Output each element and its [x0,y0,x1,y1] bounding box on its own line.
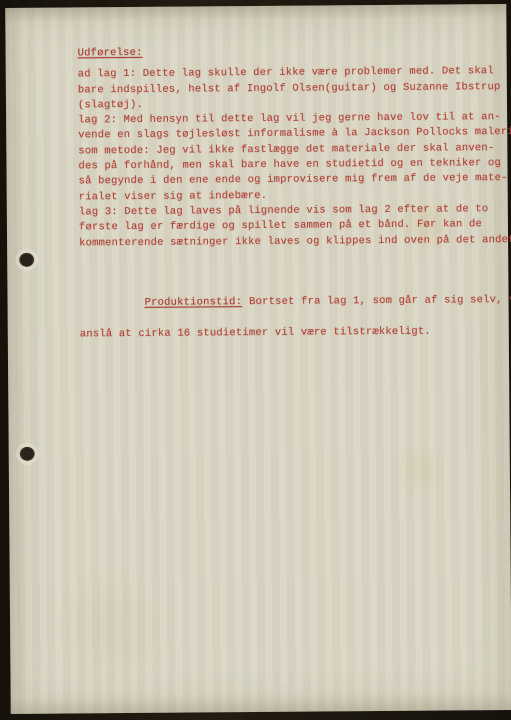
section-body-udfoerelse: ad lag 1: Dette lag skulle der ikke være… [78,64,503,251]
typewritten-line: Produktionstid:Bortset fra lag 1, som gå… [79,278,503,327]
typewritten-text-block: Udførelse: ad lag 1: Dette lag skulle de… [78,43,504,342]
section-heading-udfoerelse: Udførelse: [78,43,502,62]
punch-hole-bottom [20,447,35,461]
scanner-background: Udførelse: ad lag 1: Dette lag skulle de… [0,0,511,720]
production-line-2: anslå at cirka 16 studietimer vil være t… [80,324,504,343]
production-line-1: Bortset fra lag 1, som går af sig selv, … [249,294,511,308]
typewritten-line: kommenterende sætninger ikke laves og kl… [79,233,503,252]
paper-sheet: Udførelse: ad lag 1: Dette lag skulle de… [5,4,511,714]
section-produktionstid: Produktionstid:Bortset fra lag 1, som gå… [79,278,503,343]
section-heading-produktionstid: Produktionstid: [145,296,243,309]
punch-hole-top [19,253,34,267]
